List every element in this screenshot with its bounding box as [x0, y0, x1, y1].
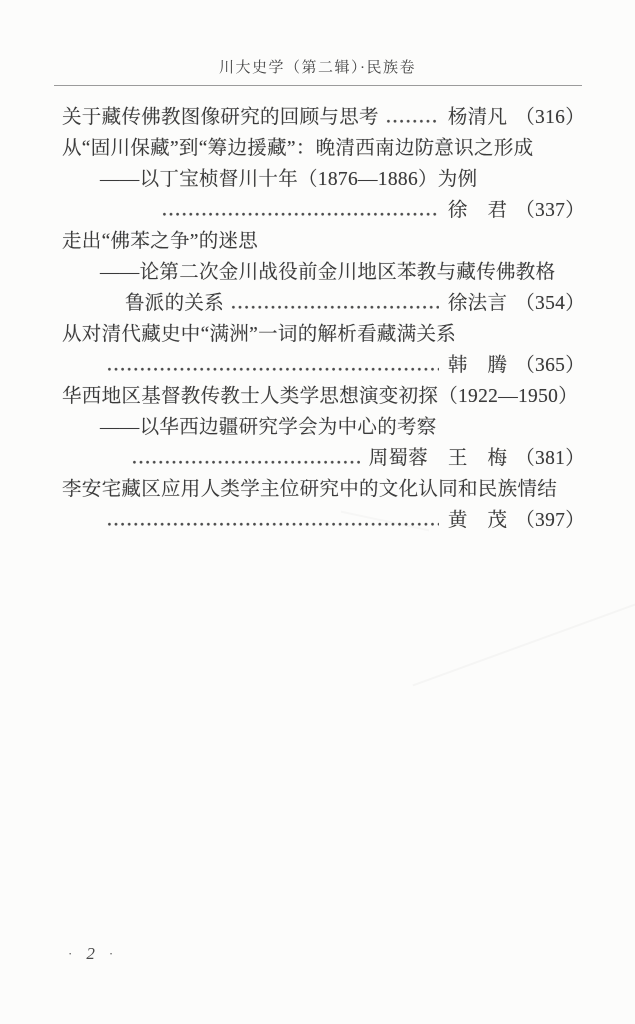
- toc-entry-title: 鲁派的关系: [125, 288, 224, 319]
- header-rule: [54, 85, 582, 86]
- folio-right-dot: ·: [109, 946, 113, 962]
- toc-author-group: 杨清凡（316）: [448, 102, 585, 133]
- toc-line: 鲁派的关系徐法言（354）: [62, 288, 585, 319]
- toc-entry-title: ——论第二次金川战役前金川地区苯教与藏传佛教格: [100, 257, 555, 288]
- folio-page-number: 2: [86, 944, 95, 964]
- toc-author: 徐 君: [448, 200, 507, 221]
- toc-line: 从对清代藏史中“满洲”一词的解析看藏满关系: [62, 319, 585, 350]
- toc-line: 韩 腾（365）: [62, 350, 585, 381]
- scanned-book-page: 川大史学（第二辑）·民族卷 关于藏传佛教图像研究的回顾与思考杨清凡（316）从“…: [0, 0, 635, 1024]
- folio-left-dot: ·: [68, 946, 72, 962]
- toc-page-number: （316）: [515, 107, 585, 128]
- scan-crease-artifact: [412, 596, 635, 687]
- toc-author-group: 韩 腾（365）: [448, 350, 585, 381]
- running-header: 川大史学（第二辑）·民族卷: [0, 0, 635, 79]
- page-folio: · 2 ·: [68, 944, 113, 964]
- toc-line: 周蜀蓉 王 梅（381）: [62, 443, 585, 474]
- toc-entry-title: 华西地区基督教传教士人类学思想演变初探（1922—1950）: [62, 381, 578, 412]
- toc-entry-title: ——以华西边疆研究学会为中心的考察: [100, 412, 437, 443]
- dot-leader: [132, 443, 360, 474]
- dot-leader: [231, 288, 439, 319]
- toc-page-number: （381）: [515, 448, 585, 469]
- toc-author: 徐法言: [448, 293, 507, 314]
- toc-author: 韩 腾: [448, 355, 507, 376]
- toc-author-group: 徐 君（337）: [448, 195, 585, 226]
- toc-line: ——论第二次金川战役前金川地区苯教与藏传佛教格: [62, 257, 585, 288]
- toc-author: 杨清凡: [448, 107, 507, 128]
- toc-line: 关于藏传佛教图像研究的回顾与思考杨清凡（316）: [62, 102, 585, 133]
- toc-author-group: 徐法言（354）: [448, 288, 585, 319]
- toc-entry-title: 李安宅藏区应用人类学主位研究中的文化认同和民族情结: [62, 474, 557, 505]
- toc-line: 李安宅藏区应用人类学主位研究中的文化认同和民族情结: [62, 474, 585, 505]
- toc-page-number: （337）: [515, 200, 585, 221]
- toc-entry-title: ——以丁宝桢督川十年（1876—1886）为例: [100, 164, 477, 195]
- toc-page-number: （354）: [515, 293, 585, 314]
- toc-line: ——以华西边疆研究学会为中心的考察: [62, 412, 585, 443]
- dot-leader: [162, 195, 439, 226]
- toc-author-group: 黄 茂（397）: [448, 505, 585, 536]
- toc-entry-title: 关于藏传佛教图像研究的回顾与思考: [62, 102, 379, 133]
- dot-leader: [107, 350, 439, 381]
- dot-leader: [386, 102, 439, 133]
- toc-line: 从“固川保藏”到“筹边援藏”：晚清西南边防意识之形成: [62, 133, 585, 164]
- toc-page-number: （397）: [515, 510, 585, 531]
- toc-entry-title: 从对清代藏史中“满洲”一词的解析看藏满关系: [62, 319, 456, 350]
- toc-author: 周蜀蓉 王 梅: [369, 448, 508, 469]
- toc-line: ——以丁宝桢督川十年（1876—1886）为例: [62, 164, 585, 195]
- toc-line: 走出“佛苯之争”的迷思: [62, 226, 585, 257]
- toc-author: 黄 茂: [448, 510, 507, 531]
- toc-line: 华西地区基督教传教士人类学思想演变初探（1922—1950）: [62, 381, 585, 412]
- toc-line: 黄 茂（397）: [62, 505, 585, 536]
- table-of-contents: 关于藏传佛教图像研究的回顾与思考杨清凡（316）从“固川保藏”到“筹边援藏”：晚…: [62, 102, 585, 536]
- toc-author-group: 周蜀蓉 王 梅（381）: [369, 443, 585, 474]
- toc-entry-title: 从“固川保藏”到“筹边援藏”：晚清西南边防意识之形成: [62, 133, 533, 164]
- toc-entry-title: 走出“佛苯之争”的迷思: [62, 226, 258, 257]
- toc-page-number: （365）: [515, 355, 585, 376]
- toc-line: 徐 君（337）: [62, 195, 585, 226]
